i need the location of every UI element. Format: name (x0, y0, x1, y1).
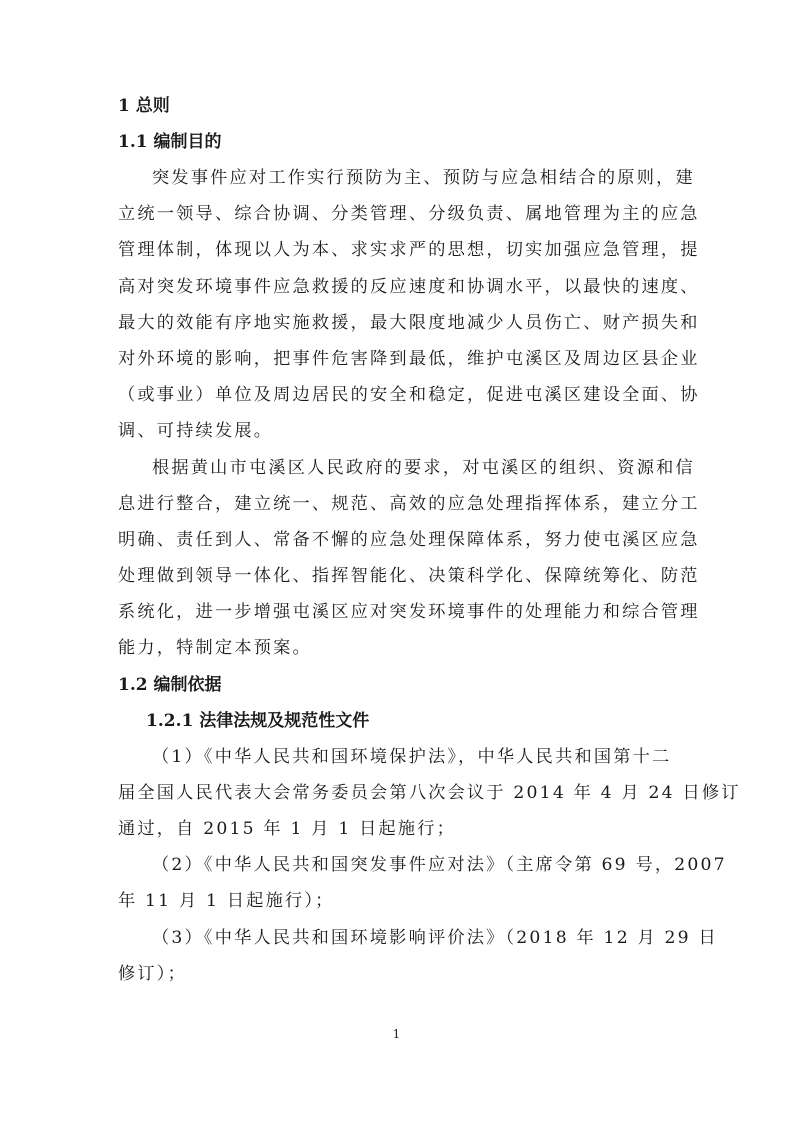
text-line: 届全国人民代表大会常务委员会第八次会议于 2014 年 4 月 24 日修订 (118, 775, 678, 811)
paragraph-purpose-2: 根据黄山市屯溪区人民政府的要求，对屯溪区的组织、资源和信 息进行整合，建立统一、… (118, 450, 678, 667)
section-heading-1-2: 1.2 编制依据 (118, 667, 678, 703)
text-line: 对外环境的影响，把事件危害降到最低，维护屯溪区及周边区县企业 (118, 341, 678, 377)
text-line: （1）《中华人民共和国环境保护法》，中华人民共和国第十二 (118, 739, 678, 775)
law-item-1: （1）《中华人民共和国环境保护法》，中华人民共和国第十二 届全国人民代表大会常务… (118, 739, 678, 848)
text-line: 系统化，进一步增强屯溪区应对突发环境事件的处理能力和综合管理 (118, 594, 678, 630)
section-heading-1-1: 1.1 编制目的 (118, 124, 678, 160)
text-line: 根据黄山市屯溪区人民政府的要求，对屯溪区的组织、资源和信 (118, 450, 678, 486)
text-line: 调、可持续发展。 (118, 413, 678, 449)
text-line: 年 11 月 1 日起施行）； (118, 883, 678, 919)
text-line: 立统一领导、综合协调、分类管理、分级负责、属地管理为主的应急 (118, 196, 678, 232)
document-page: 1 总则 1.1 编制目的 突发事件应对工作实行预防为主、预防与应急相结合的原则… (118, 88, 678, 992)
law-item-3: （3）《中华人民共和国环境影响评价法》（2018 年 12 月 29 日 修订）… (118, 920, 678, 992)
text-line: 突发事件应对工作实行预防为主、预防与应急相结合的原则，建 (118, 160, 678, 196)
text-line: 息进行整合，建立统一、规范、高效的应急处理指挥体系，建立分工 (118, 486, 678, 522)
law-item-2: （2）《中华人民共和国突发事件应对法》（主席令第 69 号，2007 年 11 … (118, 847, 678, 919)
text-line: 明确、责任到人、常备不懈的应急处理保障体系，努力使屯溪区应急 (118, 522, 678, 558)
paragraph-purpose-1: 突发事件应对工作实行预防为主、预防与应急相结合的原则，建 立统一领导、综合协调、… (118, 160, 678, 450)
page-number: 1 (0, 1027, 793, 1041)
text-line: 管理体制，体现以人为本、求实求严的思想，切实加强应急管理，提 (118, 232, 678, 268)
text-line: 通过，自 2015 年 1 月 1 日起施行； (118, 811, 678, 847)
text-line: （或事业）单位及周边居民的安全和稳定，促进屯溪区建设全面、协 (118, 377, 678, 413)
text-line: 修订）； (118, 956, 678, 992)
text-line: 高对突发环境事件应急救援的反应速度和协调水平，以最快的速度、 (118, 269, 678, 305)
text-line: （3）《中华人民共和国环境影响评价法》（2018 年 12 月 29 日 (118, 920, 678, 956)
text-line: 能力，特制定本预案。 (118, 630, 678, 666)
section-heading-1-2-1: 1.2.1 法律法规及规范性文件 (118, 703, 678, 739)
text-line: 处理做到领导一体化、指挥智能化、决策科学化、保障统筹化、防范 (118, 558, 678, 594)
section-heading-1: 1 总则 (118, 88, 678, 124)
text-line: 最大的效能有序地实施救援，最大限度地减少人员伤亡、财产损失和 (118, 305, 678, 341)
text-line: （2）《中华人民共和国突发事件应对法》（主席令第 69 号，2007 (118, 847, 678, 883)
